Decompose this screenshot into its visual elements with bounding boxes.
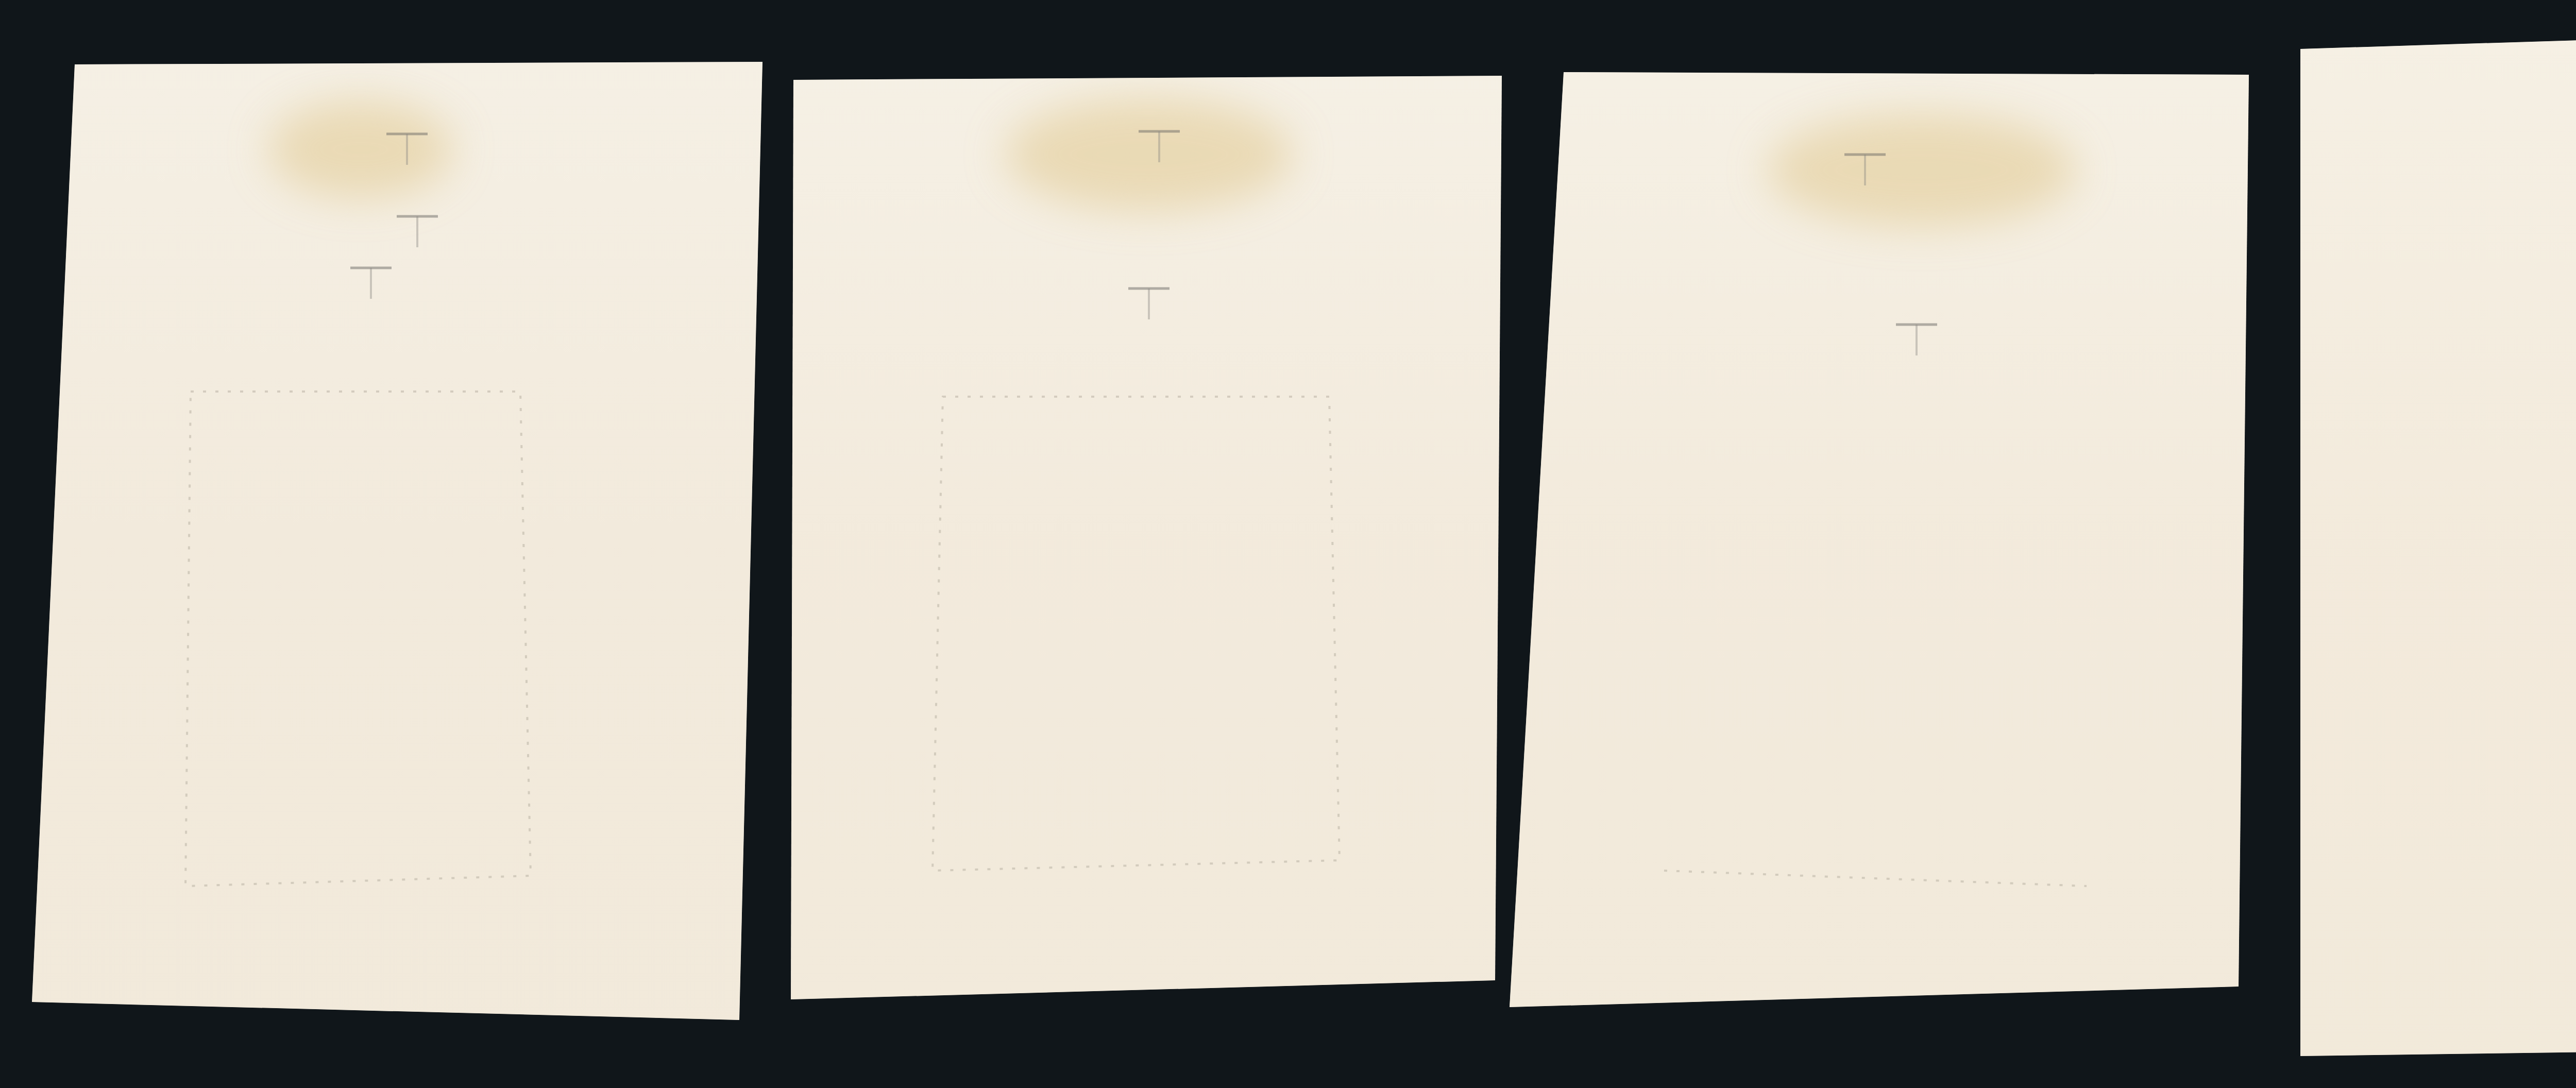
- hinge-stain: [1005, 98, 1293, 211]
- stamp-back-2: [791, 76, 1502, 999]
- photo-canvas: [0, 0, 2576, 1088]
- stamp-photo-scene: [0, 0, 2576, 1088]
- stamp-back-1: [32, 62, 762, 1020]
- hinge-stain: [268, 100, 453, 198]
- stamp-back-4: [2300, 26, 2576, 1056]
- cards-layer: [32, 26, 2576, 1056]
- stamp-back-3: [1510, 72, 2249, 1007]
- hinge-stain: [1767, 113, 2076, 227]
